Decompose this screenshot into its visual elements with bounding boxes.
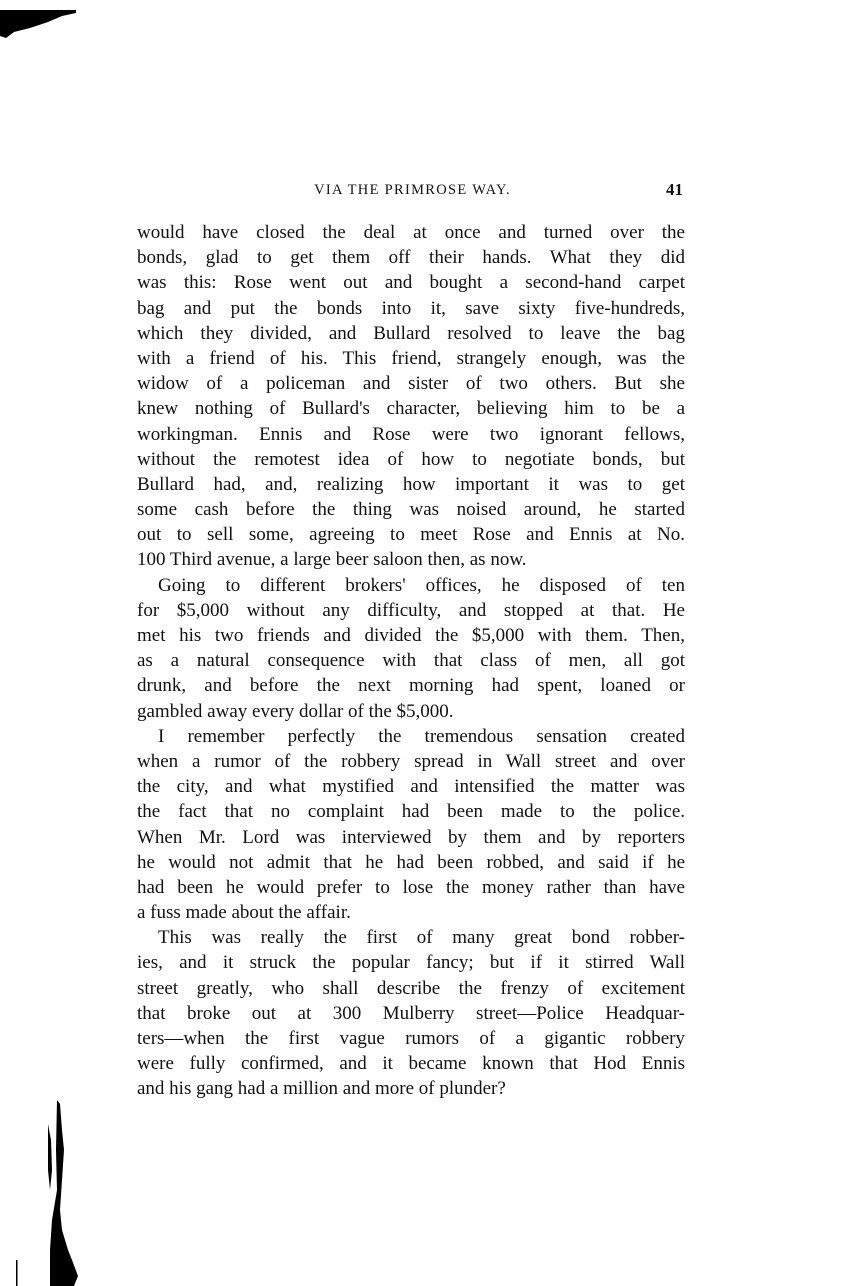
text-line: and his gang had a million and more of p… bbox=[137, 1076, 685, 1101]
text-line: I remember perfectly the tremendous sens… bbox=[137, 724, 685, 749]
text-line: would have closed the deal at once and t… bbox=[137, 220, 685, 245]
text-line: out to sell some, agreeing to meet Rose … bbox=[137, 522, 685, 547]
running-header: VIA THE PRIMROSE WAY. 41 bbox=[140, 180, 685, 202]
text-line: knew nothing of Bullard's character, bel… bbox=[137, 396, 685, 421]
text-line: Bullard had, and, realizing how importan… bbox=[137, 472, 685, 497]
paragraph-4: This was really the first of many great … bbox=[137, 925, 685, 1101]
text-line: drunk, and before the next morning had s… bbox=[137, 673, 685, 698]
text-line: as a natural consequence with that class… bbox=[137, 648, 685, 673]
text-line: when a rumor of the robbery spread in Wa… bbox=[137, 749, 685, 774]
text-line: he would not admit that he had been robb… bbox=[137, 850, 685, 875]
text-line: Going to different brokers' offices, he … bbox=[137, 573, 685, 598]
text-line: that broke out at 300 Mulberry street—Po… bbox=[137, 1001, 685, 1026]
text-line: a fuss made about the affair. bbox=[137, 900, 685, 925]
text-line: 100 Third avenue, a large beer saloon th… bbox=[137, 547, 685, 572]
text-line: the fact that no complaint had been made… bbox=[137, 799, 685, 824]
text-line: bonds, glad to get them off their hands.… bbox=[137, 245, 685, 270]
text-line: for $5,000 without any difficulty, and s… bbox=[137, 598, 685, 623]
text-line: the city, and what mystified and intensi… bbox=[137, 774, 685, 799]
scanned-book-page: VIA THE PRIMROSE WAY. 41 would have clos… bbox=[0, 0, 848, 1286]
text-line: bag and put the bonds into it, save sixt… bbox=[137, 296, 685, 321]
paragraph-2: Going to different brokers' offices, he … bbox=[137, 573, 685, 724]
page-number: 41 bbox=[666, 180, 683, 200]
text-line: gambled away every dollar of the $5,000. bbox=[137, 699, 685, 724]
text-line: some cash before the thing was noised ar… bbox=[137, 497, 685, 522]
scan-edge-shadow-bottom-left bbox=[0, 1090, 90, 1286]
scan-edge-shadow-top-left bbox=[0, 0, 80, 45]
text-line: without the remotest idea of how to nego… bbox=[137, 447, 685, 472]
running-title: VIA THE PRIMROSE WAY. bbox=[140, 182, 685, 199]
paragraph-3: I remember perfectly the tremendous sens… bbox=[137, 724, 685, 926]
text-line: This was really the first of many great … bbox=[137, 925, 685, 950]
text-line: were fully confirmed, and it became know… bbox=[137, 1051, 685, 1076]
text-line: had been he would prefer to lose the mon… bbox=[137, 875, 685, 900]
text-line: which they divided, and Bullard resolved… bbox=[137, 321, 685, 346]
body-text: would have closed the deal at once and t… bbox=[137, 220, 685, 1102]
text-line: with a friend of his. This friend, stran… bbox=[137, 346, 685, 371]
text-line: ters—when the first vague rumors of a gi… bbox=[137, 1026, 685, 1051]
text-line: workingman. Ennis and Rose were two igno… bbox=[137, 422, 685, 447]
text-line: When Mr. Lord was interviewed by them an… bbox=[137, 825, 685, 850]
text-line: met his two friends and divided the $5,0… bbox=[137, 623, 685, 648]
text-line: street greatly, who shall describe the f… bbox=[137, 976, 685, 1001]
paragraph-1: would have closed the deal at once and t… bbox=[137, 220, 685, 573]
text-line: ies, and it struck the popular fancy; bu… bbox=[137, 950, 685, 975]
text-line: was this: Rose went out and bought a sec… bbox=[137, 270, 685, 295]
text-line: widow of a policeman and sister of two o… bbox=[137, 371, 685, 396]
